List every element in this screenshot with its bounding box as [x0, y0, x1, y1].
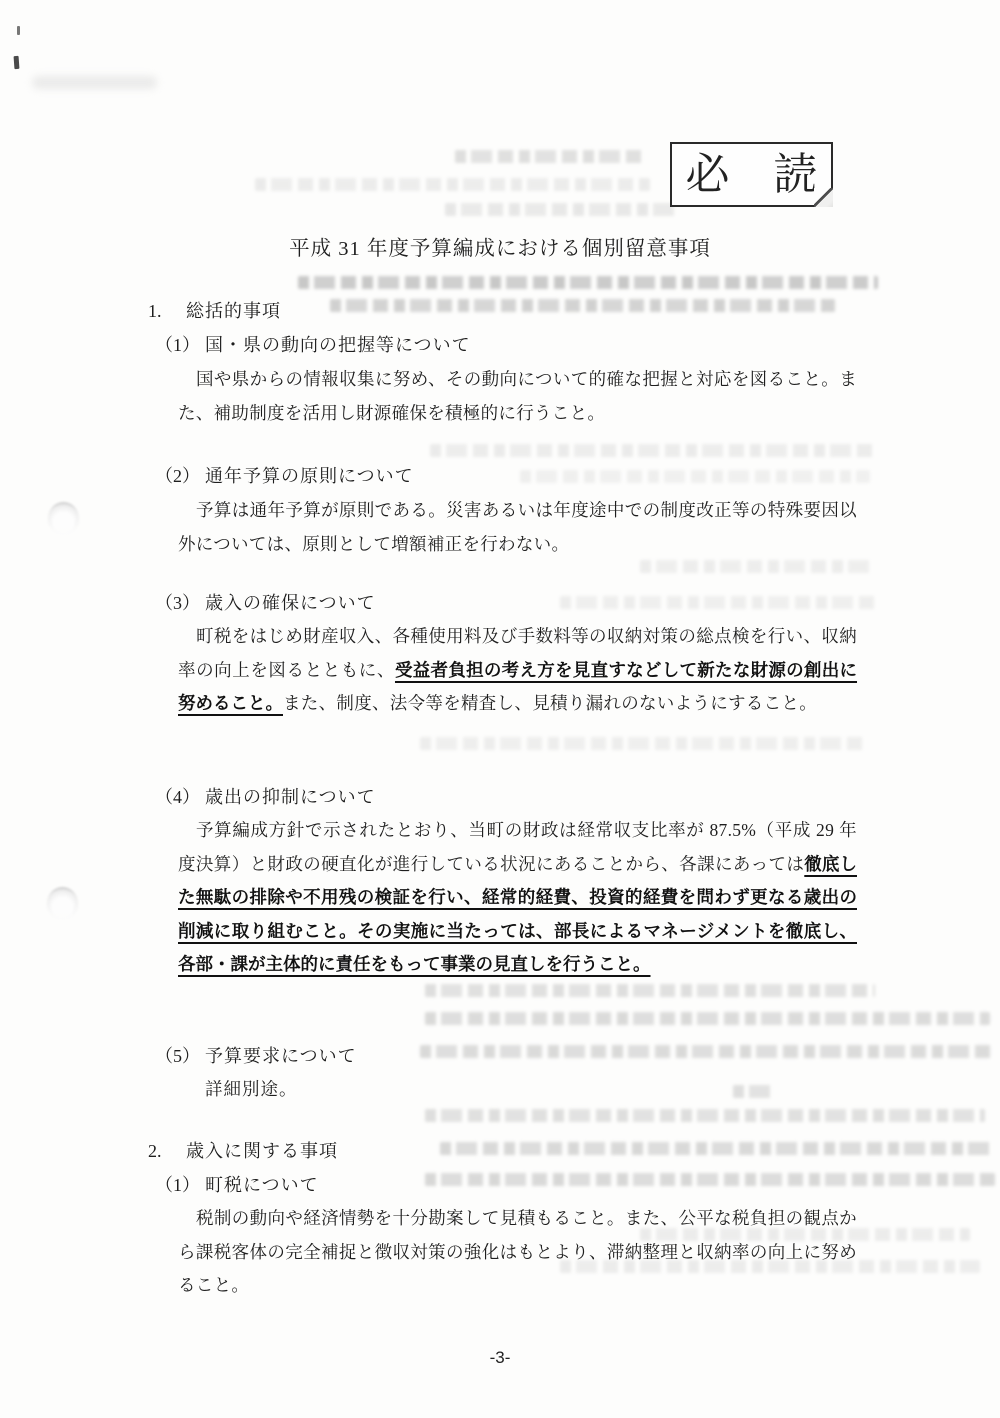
scanned-document-page: 必 読 平成 31 年度予算編成における個別留意事項 1.総括的事項 （1）国・…: [0, 0, 1000, 1418]
bleedthrough-line: [430, 444, 875, 457]
paragraph-run: 税制の動向や経済情勢を十分勘案して見積もること。また、公平な税負担の観点から課税…: [178, 1208, 857, 1295]
section-heading: 1.総括的事項: [148, 301, 281, 323]
section-title: 歳入に関する事項: [186, 1141, 338, 1161]
bleedthrough-line: [520, 470, 870, 483]
bleedthrough-line: [425, 984, 875, 997]
section-heading: 2.歳入に関する事項: [148, 1141, 338, 1163]
item-heading: （2）通年予算の原則について: [155, 466, 414, 488]
item-number: （4）: [155, 787, 205, 809]
paragraph-run: 詳細別途。: [205, 1079, 298, 1099]
document-title: 平成 31 年度予算編成における個別留意事項: [0, 239, 1000, 260]
item-heading: （4）歳出の抑制について: [155, 787, 376, 809]
item-paragraph: 詳細別途。: [205, 1078, 298, 1101]
item-paragraph: 町税をはじめ財産収入、各種使用料及び手数料等の収納対策の総点検を行い、収納率の向…: [178, 620, 857, 721]
paragraph-run: また、制度、法令等を精査し、見積り漏れのないようにすること。: [283, 693, 817, 713]
scan-smudge: [32, 76, 157, 89]
paragraph-run: 国や県からの情報収集に努め、その動向について的確な把握と対応を図ること。また、補…: [178, 369, 857, 423]
item-title: 通年予算の原則について: [205, 466, 414, 486]
item-number: （2）: [155, 466, 205, 488]
bleedthrough-line: [640, 560, 875, 573]
item-paragraph: 予算編成方針で示されたとおり、当町の財政は経常収支比率が 87.5%（平成 29…: [178, 814, 857, 982]
item-heading: （5）予算要求について: [155, 1046, 357, 1068]
bleedthrough-line: [420, 1045, 995, 1058]
item-title: 国・県の動向の把握等について: [205, 335, 471, 355]
paragraph-run: 予算編成方針で示されたとおり、当町の財政は経常収支比率が 87.5%（平成 29…: [178, 820, 857, 874]
bleedthrough-line: [733, 1085, 775, 1098]
section-number: 2.: [148, 1141, 186, 1163]
bleedthrough-line: [330, 299, 835, 312]
bleedthrough-line: [255, 178, 650, 191]
bleedthrough-line: [425, 1173, 995, 1186]
paragraph-run: 予算は通年予算が原則である。災害あるいは年度途中での制度改正等の特殊要因以外につ…: [178, 500, 857, 554]
bleedthrough-line: [298, 276, 878, 289]
section-number: 1.: [148, 301, 186, 323]
must-read-stamp: 必 読: [670, 142, 833, 207]
scan-speck: [17, 26, 20, 35]
must-read-stamp-label: 必 読: [686, 153, 818, 197]
punch-hole: [47, 887, 78, 920]
punch-hole: [48, 502, 79, 535]
bleedthrough-line: [425, 1012, 990, 1025]
item-number: （1）: [155, 1175, 205, 1197]
item-title: 町税について: [205, 1175, 319, 1195]
item-heading: （1）国・県の動向の把握等について: [155, 335, 471, 357]
item-paragraph: 予算は通年予算が原則である。災害あるいは年度途中での制度改正等の特殊要因以外につ…: [178, 494, 857, 561]
item-paragraph: 税制の動向や経済情勢を十分勘案して見積もること。また、公平な税負担の観点から課税…: [178, 1202, 857, 1303]
page-number: -3-: [0, 1349, 1000, 1366]
section-title: 総括的事項: [186, 301, 281, 321]
stamp-folded-corner: [814, 188, 833, 207]
item-heading: （1）町税について: [155, 1175, 319, 1197]
scan-speck: [14, 56, 20, 69]
bleedthrough-line: [455, 150, 645, 163]
bleedthrough-line: [440, 1142, 995, 1155]
item-heading: （3）歳入の確保について: [155, 593, 376, 615]
item-number: （3）: [155, 593, 205, 615]
item-paragraph: 国や県からの情報収集に努め、その動向について的確な把握と対応を図ること。また、補…: [178, 363, 857, 430]
bleedthrough-line: [560, 596, 880, 609]
bleedthrough-line: [425, 1109, 985, 1122]
bleedthrough-line: [445, 203, 675, 216]
item-title: 歳入の確保について: [205, 593, 376, 613]
item-title: 予算要求について: [205, 1046, 357, 1066]
item-number: （1）: [155, 335, 205, 357]
item-number: （5）: [155, 1046, 205, 1068]
bleedthrough-line: [420, 737, 865, 750]
item-title: 歳出の抑制について: [205, 787, 376, 807]
